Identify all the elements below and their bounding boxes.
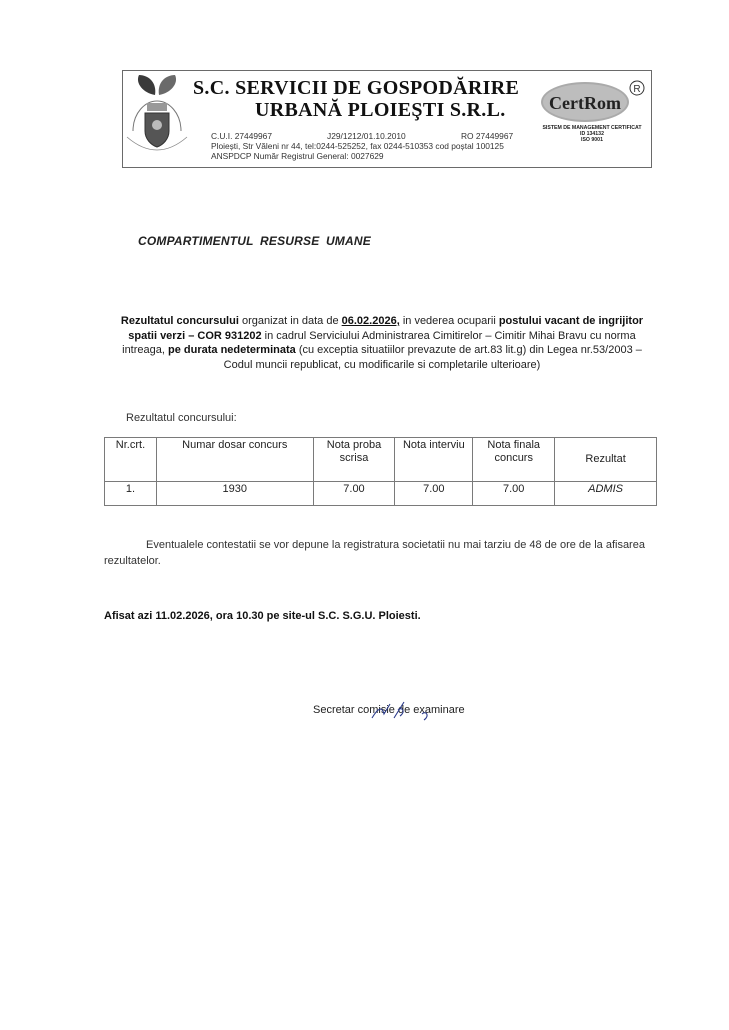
contract-duration: pe durata nedeterminata: [168, 344, 296, 356]
posting-info: Afisat azi 11.02.2026, ora 10.30 pe site…: [104, 610, 421, 622]
cell-nr: 1.: [105, 482, 157, 506]
results-label: Rezultatul concursului:: [126, 412, 237, 424]
svg-text:CertRom: CertRom: [549, 93, 621, 113]
header-rezultat: Rezultat: [555, 438, 657, 482]
cert-iso: ISO 9001: [533, 137, 651, 143]
ro-code: RO 27449967: [461, 131, 513, 141]
anspdcp: ANSPDCP Număr Registrul General: 0027629: [211, 151, 541, 161]
contest-date: 06.02.2026,: [342, 315, 400, 327]
company-name-line1: S.C. SERVICII DE GOSPODĂRIRE: [193, 77, 533, 100]
cell-nota-finala: 7.00: [473, 482, 555, 506]
announcement-text: Rezultatul concursului organizat in data…: [108, 314, 656, 372]
svg-text:R: R: [633, 84, 640, 95]
header-nota-finala: Nota finala concurs: [473, 438, 555, 482]
department-title: COMPARTIMENTUL RESURSE UMANE: [138, 234, 371, 248]
cell-dosar: 1930: [156, 482, 313, 506]
table-header-row: Nr.crt. Numar dosar concurs Nota proba s…: [105, 438, 657, 482]
header-proba-scrisa: Nota proba scrisa: [313, 438, 395, 482]
intro-text-2: organizat in data de: [239, 315, 342, 327]
results-table: Nr.crt. Numar dosar concurs Nota proba s…: [104, 437, 657, 506]
cell-interviu: 7.00: [395, 482, 473, 506]
header-dosar: Numar dosar concurs: [156, 438, 313, 482]
address: Ploiești, Str Văleni nr 44, tel:0244-525…: [211, 141, 541, 151]
header-interviu: Nota interviu: [395, 438, 473, 482]
intro-text-3: in vederea ocuparii: [400, 315, 499, 327]
letterhead: S.C. SERVICII DE GOSPODĂRIRE URBANĂ PLOI…: [122, 70, 652, 168]
appeal-note: Eventualele contestatii se vor depune la…: [104, 537, 660, 569]
certification-text: SISTEM DE MANAGEMENT CERTIFICAT ID 13413…: [533, 125, 651, 143]
cell-rezultat: ADMIS: [555, 482, 657, 506]
cell-proba-scrisa: 7.00: [313, 482, 395, 506]
company-info: C.U.I. 27449967 J29/1212/01.10.2010 RO 2…: [211, 131, 541, 161]
header-nr: Nr.crt.: [105, 438, 157, 482]
table-row: 1. 1930 7.00 7.00 7.00 ADMIS: [105, 482, 657, 506]
registration-number: J29/1212/01.10.2010: [327, 131, 406, 141]
intro-bold-1: Rezultatul concursului: [121, 315, 239, 327]
signature-scribble-icon: [364, 700, 444, 722]
company-name-line2: URBANĂ PLOIEŞTI S.R.L.: [255, 99, 555, 122]
cui: C.U.I. 27449967: [211, 131, 272, 141]
